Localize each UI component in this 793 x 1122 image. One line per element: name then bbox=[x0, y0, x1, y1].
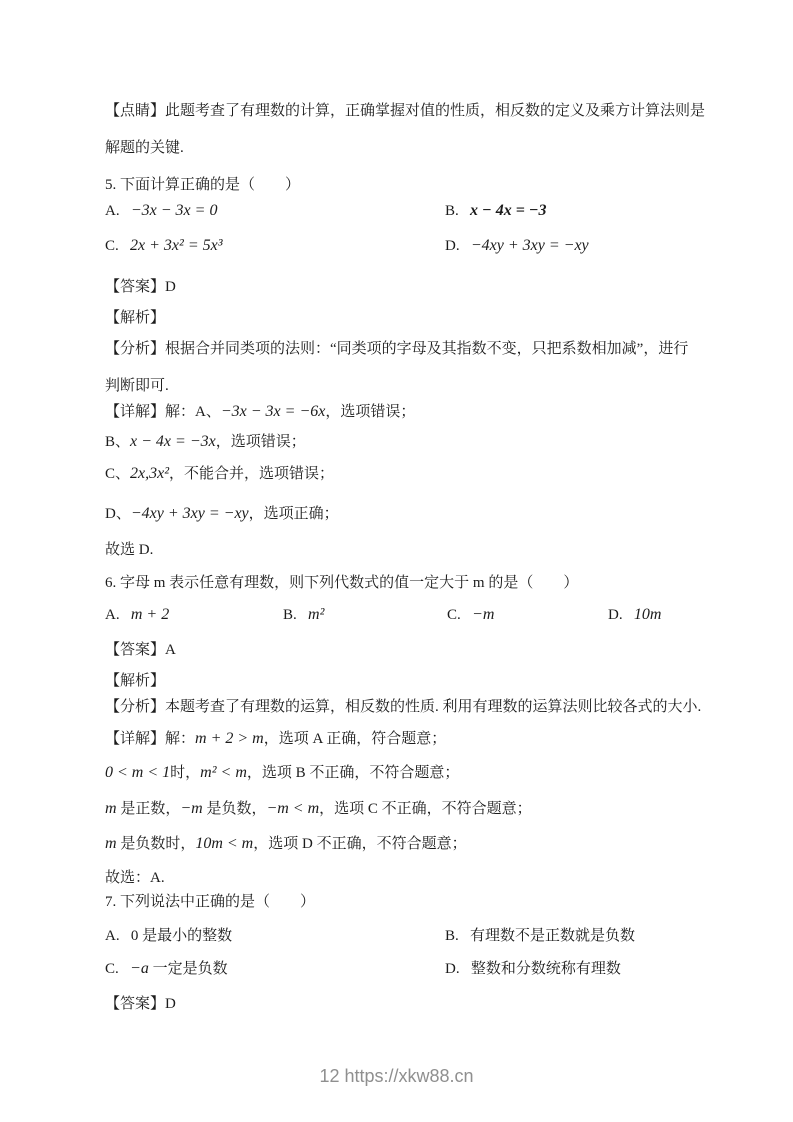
math-segment: −4xy + 3xy = −xy bbox=[471, 237, 589, 254]
q4-note-line2: 解题的关键. bbox=[105, 138, 184, 158]
q5-stem: 5. 下面计算正确的是（ ） bbox=[105, 175, 300, 195]
q7-option-d: D. 整数和分数统称有理数 bbox=[445, 959, 621, 979]
text-segment: 判断即可. bbox=[105, 378, 169, 394]
text-segment: C. bbox=[105, 238, 130, 254]
q6-detail-2: 0 < m < 1时，m² < m，选项 B 不正确，不符合题意； bbox=[105, 763, 459, 783]
math-segment: x − 4x = −3x bbox=[130, 433, 216, 450]
q7-stem: 7. 下列说法中正确的是（ ） bbox=[105, 892, 315, 912]
text-segment: C、 bbox=[105, 466, 130, 482]
q6-detail-3: m 是正数，−m 是负数，−m < m，选项 C 不正确，不符合题意； bbox=[105, 799, 532, 819]
math-segment: m bbox=[105, 800, 117, 817]
q6-detail-4: m 是负数时，10m < m，选项 D 不正确，不符合题意； bbox=[105, 834, 467, 854]
q6-detail-1: 【详解】解：m + 2 > m，选项 A 正确，符合题意； bbox=[105, 729, 446, 749]
text-segment: A. bbox=[105, 607, 131, 623]
text-segment: 是正数， bbox=[117, 801, 181, 817]
q5-detail-b: B、x − 4x = −3x，选项错误； bbox=[105, 432, 306, 452]
q6-jiexi-label: 【解析】 bbox=[105, 671, 165, 691]
text-segment: ，选项 A 正确，符合题意； bbox=[264, 731, 447, 747]
q6-conclusion: 故选：A. bbox=[105, 868, 165, 888]
text-segment: C. bbox=[105, 961, 130, 977]
text-segment: 是负数， bbox=[203, 801, 267, 817]
text-segment: 7. 下列说法中正确的是（ ） bbox=[105, 894, 315, 910]
q5-option-d: D. −4xy + 3xy = −xy bbox=[445, 236, 589, 256]
math-segment: −m bbox=[472, 606, 494, 623]
text-segment: 【分析】本题考查了有理数的运算，相反数的性质. 利用有理数的运算法则比较各式的大… bbox=[105, 699, 701, 715]
q6-option-a: A. m + 2 bbox=[105, 605, 169, 625]
text-segment: ，不能合并，选项错误； bbox=[169, 466, 334, 482]
math-segment: 0 < m < 1 bbox=[105, 764, 170, 781]
text-segment: 【点睛】此题考查了有理数的计算，正确掌握对值的性质，相反数的定义及乘方计算法则是 bbox=[105, 103, 705, 119]
math-segment: m + 2 bbox=[131, 606, 169, 623]
text-segment: ，选项错误； bbox=[216, 434, 306, 450]
q5-analysis-line1: 【分析】根据合并同类项的法则：“同类项的字母及其指数不变，只把系数相加减”，进行 bbox=[105, 339, 688, 359]
text-segment: ，选项 B 不正确，不符合题意； bbox=[247, 765, 460, 781]
text-segment: D. 整数和分数统称有理数 bbox=[445, 961, 621, 977]
text-segment: A. 0 是最小的整数 bbox=[105, 928, 232, 944]
text-segment: B. bbox=[283, 607, 308, 623]
document-page: 【点睛】此题考查了有理数的计算，正确掌握对值的性质，相反数的定义及乘方计算法则是… bbox=[0, 0, 793, 1122]
math-segment: x − 4x = −3 bbox=[470, 202, 547, 219]
math-segment: m bbox=[105, 835, 117, 852]
text-segment: 【答案】D bbox=[105, 279, 176, 295]
text-segment: ，选项 C 不正确，不符合题意； bbox=[319, 801, 532, 817]
text-segment: A. bbox=[105, 203, 131, 219]
math-segment: −m bbox=[180, 800, 202, 817]
math-segment: m + 2 > m bbox=[195, 730, 264, 747]
text-segment: B. 有理数不是正数就是负数 bbox=[445, 928, 635, 944]
q6-answer: 【答案】A bbox=[105, 640, 176, 660]
text-segment: 【答案】A bbox=[105, 642, 176, 658]
math-segment: −3x − 3x = −6x bbox=[221, 403, 326, 420]
q5-answer: 【答案】D bbox=[105, 277, 176, 297]
text-segment: 【答案】D bbox=[105, 996, 176, 1012]
text-segment: 【解析】 bbox=[105, 310, 165, 326]
q5-jiexi-label: 【解析】 bbox=[105, 308, 165, 328]
text-segment: 【分析】根据合并同类项的法则：“同类项的字母及其指数不变，只把系数相加减”，进行 bbox=[105, 341, 688, 357]
text-segment: ，选项正确； bbox=[249, 506, 339, 522]
text-segment: B. bbox=[445, 203, 470, 219]
math-segment: −m < m bbox=[266, 800, 319, 817]
math-segment: m² bbox=[308, 606, 324, 623]
q7-answer: 【答案】D bbox=[105, 994, 176, 1014]
q7-option-c: C. −a 一定是负数 bbox=[105, 959, 228, 979]
math-segment: m² < m bbox=[200, 764, 247, 781]
text-segment: 一定是负数 bbox=[149, 961, 228, 977]
text-segment: 时， bbox=[170, 765, 200, 781]
math-segment: 2x,3x² bbox=[130, 465, 169, 482]
text-segment: 【详解】解：A、 bbox=[105, 404, 221, 420]
q5-detail-c: C、2x,3x²，不能合并，选项错误； bbox=[105, 464, 334, 484]
text-segment: 6. 字母 m 表示任意有理数，则下列代数式的值一定大于 m 的是（ ） bbox=[105, 575, 578, 591]
text-segment: D、 bbox=[105, 506, 131, 522]
math-segment: 2x + 3x² = 5x³ bbox=[130, 237, 223, 254]
math-segment: −4xy + 3xy = −xy bbox=[131, 505, 249, 522]
q4-note-line1: 【点睛】此题考查了有理数的计算，正确掌握对值的性质，相反数的定义及乘方计算法则是 bbox=[105, 101, 705, 121]
text-segment: ，选项 D 不正确，不符合题意； bbox=[253, 836, 466, 852]
q6-option-b: B. m² bbox=[283, 605, 324, 625]
q6-option-d: D. 10m bbox=[608, 605, 661, 625]
text-segment: 是负数时， bbox=[117, 836, 196, 852]
text-segment: 【详解】解： bbox=[105, 731, 195, 747]
text-segment: B、 bbox=[105, 434, 130, 450]
q5-conclusion: 故选 D. bbox=[105, 540, 153, 560]
math-segment: −3x − 3x = 0 bbox=[131, 202, 218, 219]
q6-stem: 6. 字母 m 表示任意有理数，则下列代数式的值一定大于 m 的是（ ） bbox=[105, 573, 578, 593]
q5-detail-d: D、−4xy + 3xy = −xy，选项正确； bbox=[105, 504, 339, 524]
page-number-and-url: 12 https://xkw88.cn bbox=[319, 1066, 473, 1086]
page-footer: 12 https://xkw88.cn bbox=[0, 1066, 793, 1087]
q5-analysis-line2: 判断即可. bbox=[105, 376, 169, 396]
q5-option-a: A. −3x − 3x = 0 bbox=[105, 201, 217, 221]
text-segment: 【解析】 bbox=[105, 673, 165, 689]
math-segment: 10m < m bbox=[195, 835, 253, 852]
text-segment: ，选项错误； bbox=[325, 404, 415, 420]
q5-detail-a: 【详解】解：A、−3x − 3x = −6x，选项错误； bbox=[105, 402, 415, 422]
text-segment: D. bbox=[608, 607, 634, 623]
text-segment: D. bbox=[445, 238, 471, 254]
q5-option-b: B. x − 4x = −3 bbox=[445, 201, 547, 221]
q5-option-c: C. 2x + 3x² = 5x³ bbox=[105, 236, 223, 256]
q7-option-a: A. 0 是最小的整数 bbox=[105, 926, 232, 946]
math-segment: 10m bbox=[634, 606, 662, 623]
text-segment: 故选：A. bbox=[105, 870, 165, 886]
q6-option-c: C. −m bbox=[447, 605, 494, 625]
text-segment: 故选 D. bbox=[105, 542, 153, 558]
text-segment: C. bbox=[447, 607, 472, 623]
q7-option-b: B. 有理数不是正数就是负数 bbox=[445, 926, 635, 946]
math-segment: −a bbox=[130, 960, 149, 977]
text-segment: 解题的关键. bbox=[105, 140, 184, 156]
text-segment: 5. 下面计算正确的是（ ） bbox=[105, 177, 300, 193]
q6-analysis: 【分析】本题考查了有理数的运算，相反数的性质. 利用有理数的运算法则比较各式的大… bbox=[105, 697, 701, 717]
